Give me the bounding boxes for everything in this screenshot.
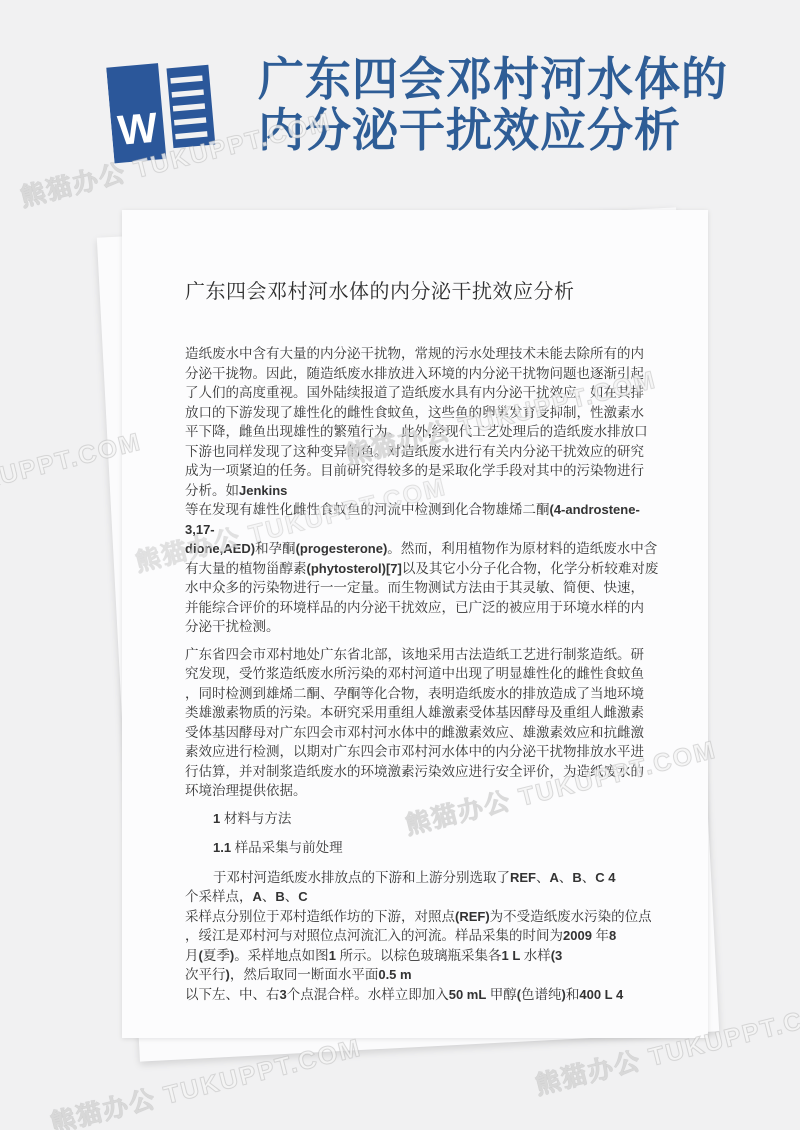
text-line: 1.1 样品采集与前处理: [213, 838, 655, 858]
text-line: 次平行)，然后取同一断面水平面0.5 m: [185, 965, 655, 985]
text-line: 平下降，雌鱼出现雄性的繁殖行为。此外,经现代工艺处理后的造纸废水排放口: [185, 422, 655, 442]
latin-text-run: dione,AED): [185, 541, 255, 556]
latin-text-run: ): [562, 987, 566, 1002]
latin-text-run: 0.5 m: [378, 967, 411, 982]
text-line: 分析。如Jenkins: [185, 481, 655, 501]
text-line: 环境治理提供依据。: [185, 781, 655, 801]
text-line: 行估算，并对制浆造纸废水的环境激素污染效应进行安全评价，为造纸废水的: [185, 762, 655, 782]
text-line: 成为一项紧迫的任务。目前研究得较多的是采取化学手段对其中的污染物进行: [185, 461, 655, 481]
latin-text-run: A: [253, 889, 262, 904]
latin-text-run: A: [550, 870, 559, 885]
latin-text-run: 3,17-: [185, 522, 215, 537]
text-line: ，绥江是邓村河与对照位点河流汇入的河流。样品采集的时间为2009 年8: [185, 926, 655, 946]
latin-text-run: B: [275, 889, 284, 904]
latin-text-run: 1.1: [213, 840, 235, 855]
text-line: 等在发现有雄性化雌性食蚊鱼的河流中检测到化合物雄烯二酮(4-androstene…: [185, 500, 655, 520]
latin-text-run: C 4: [595, 870, 615, 885]
text-line: 素效应进行检测，以期对广东四会市邓村河水体中的内分泌干扰物排放水平进: [185, 742, 655, 762]
latin-text-run: B: [572, 870, 581, 885]
latin-text-run: 2009: [563, 928, 596, 943]
text-line: 有大量的植物甾醇素(phytosterol)[7]以及其它小分子化合物，化学分析…: [185, 559, 655, 579]
text-line: 分泌干拢物。因此，随造纸废水排放进入环境的内分泌干扰物问题也逐渐引起: [185, 364, 655, 384]
latin-text-run: 1: [213, 811, 224, 826]
paragraph: 于邓村河造纸废水排放点的下游和上游分别选取了REF、A、B、C 4个采样点，A、…: [185, 868, 655, 1005]
latin-text-run: (: [199, 948, 203, 963]
latin-text-run: (progesterone): [296, 541, 388, 556]
paragraph: 造纸废水中含有大量的内分泌干扰物，常规的污水处理技术未能去除所有的内分泌干拢物。…: [185, 344, 655, 637]
text-line: 下游也同样发现了这种变异的鱼。对造纸废水进行有关内分泌干扰效应的研究: [185, 442, 655, 462]
word-icon-graphic: W: [106, 53, 219, 166]
latin-text-run: 1 L: [502, 948, 524, 963]
text-line: ，同时检测到雄烯二酮、孕酮等化合物，表明造纸废水的排放造成了当地环境: [185, 684, 655, 704]
latin-text-run: C: [298, 889, 307, 904]
word-icon: W: [106, 53, 219, 166]
preview-header: W 广东四会邓村河水体的 内分泌干扰效应分析: [0, 0, 800, 200]
text-line: 类雄激素物质的污染。本研究采用重组人雄激素受体基因酵母及重组人雌激素: [185, 703, 655, 723]
section-heading: 1.1 样品采集与前处理: [185, 838, 655, 858]
latin-text-run: (phytosterol)[7]: [307, 561, 402, 576]
document-body: 造纸废水中含有大量的内分泌干扰物，常规的污水处理技术未能去除所有的内分泌干拢物。…: [185, 344, 655, 1004]
section-heading: 1 材料与方法: [185, 809, 655, 829]
latin-text-run: (4-androstene-: [550, 502, 640, 517]
text-line: 于邓村河造纸废水排放点的下游和上游分别选取了REF、A、B、C 4: [185, 868, 655, 888]
latin-text-run: ): [226, 967, 230, 982]
latin-text-run: ): [230, 948, 234, 963]
text-line: 3,17-: [185, 520, 655, 540]
text-line: 1 材料与方法: [213, 809, 655, 829]
latin-text-run: (3: [551, 948, 563, 963]
text-line: 受体基因酵母对广东四会市邓村河水体中的雌激素效应、雄激素效应和抗雌激: [185, 723, 655, 743]
text-line: 了人们的高度重视。国外陆续报道了造纸废水具有内分泌干扰效应，如在其排: [185, 383, 655, 403]
text-line: 采样点分别位于邓村造纸作坊的下游，对照点(REF)为不受造纸废水污染的位点: [185, 907, 655, 927]
latin-text-run: (: [517, 987, 521, 1002]
word-icon-letter: W: [116, 104, 160, 154]
text-line: dione,AED)和孕酮(progesterone)。然而，利用植物作为原材料…: [185, 539, 655, 559]
text-line: 个采样点，A、B、C: [185, 887, 655, 907]
text-line: 月(夏季)。采样地点如图1 所示。以棕色玻璃瓶采集各1 L 水样(3: [185, 946, 655, 966]
text-line: 分泌干扰检测。: [185, 617, 655, 637]
latin-text-run: REF: [510, 870, 536, 885]
paragraph: 广东省四会市邓村地处广东省北部，该地采用古法造纸工艺进行制浆造纸。研究发现，受竹…: [185, 645, 655, 801]
document-page-preview[interactable]: 广东四会邓村河水体的内分泌干扰效应分析 造纸废水中含有大量的内分泌干扰物，常规的…: [122, 210, 708, 1038]
text-line: 以下左、中、右3个点混合样。水样立即加入50 mL 甲醇(色谱纯)和400 L …: [185, 985, 655, 1005]
document-title: 广东四会邓村河水体的内分泌干扰效应分析: [185, 278, 655, 306]
text-line: 放口的下游发现了雄性化的雌性食蚊鱼，这些鱼的卵巢发育受抑制，性激素水: [185, 403, 655, 423]
page-title[interactable]: 广东四会邓村河水体的 内分泌干扰效应分析: [258, 54, 738, 156]
page-title-line2: 内分泌干扰效应分析: [258, 105, 738, 156]
latin-text-run: 3: [280, 987, 287, 1002]
latin-text-run: 8: [609, 928, 616, 943]
latin-text-run: 1: [329, 948, 340, 963]
latin-text-run: (REF): [455, 909, 490, 924]
text-line: 广东省四会市邓村地处广东省北部，该地采用古法造纸工艺进行制浆造纸。研: [185, 645, 655, 665]
text-line: 并能综合评价的环境样品的内分泌干扰效应，已广泛的被应用于环境水样的内: [185, 598, 655, 618]
latin-text-run: 50 mL: [449, 987, 490, 1002]
page-title-line1: 广东四会邓村河水体的: [258, 54, 738, 105]
text-line: 水中众多的污染物进行一一定量。而生物测试方法由于其灵敏、简便、快速，: [185, 578, 655, 598]
text-line: 造纸废水中含有大量的内分泌干扰物，常规的污水处理技术未能去除所有的内: [185, 344, 655, 364]
latin-text-run: Jenkins: [239, 483, 287, 498]
latin-text-run: 400 L 4: [579, 987, 623, 1002]
text-line: 究发现，受竹浆造纸废水所污染的邓村河道中出现了明显雄性化的雌性食蚊鱼: [185, 664, 655, 684]
latin-text-run: ,: [428, 424, 432, 439]
